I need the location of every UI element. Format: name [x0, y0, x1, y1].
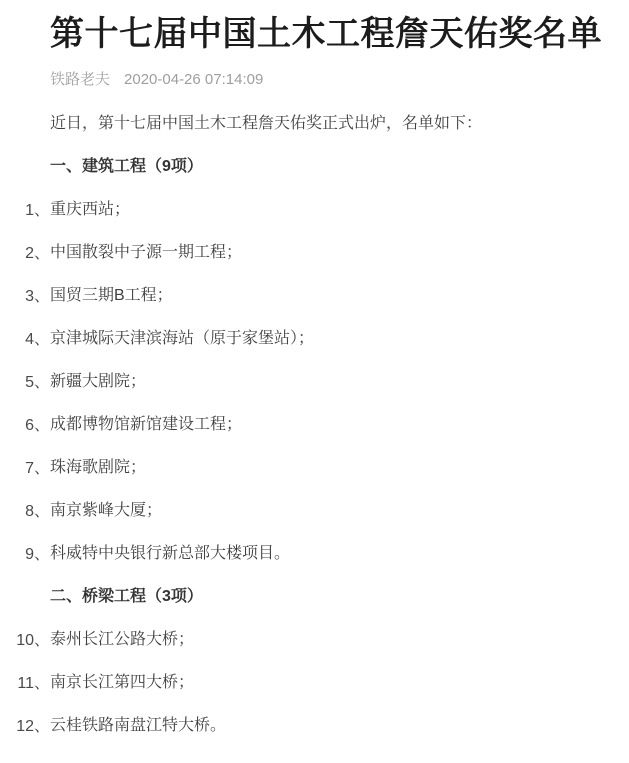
- item-number: 5、: [25, 374, 50, 392]
- item-number: 7、: [25, 460, 50, 478]
- intro-paragraph: 近日，第十七届中国土木工程詹天佑奖正式出炉，名单如下：: [50, 115, 603, 133]
- author-name: 铁路老夫: [50, 71, 110, 88]
- item-text: 泰州长江公路大桥；: [50, 631, 194, 648]
- item-number: 2、: [25, 245, 50, 263]
- list-item: 12、 云桂铁路南盘江特大桥。: [50, 717, 603, 735]
- item-number: 1、: [25, 202, 50, 220]
- list-item: 8、 南京紫峰大厦；: [50, 502, 603, 520]
- publish-timestamp: 2020-04-26 07:14:09: [124, 71, 263, 88]
- building-projects-list: 1、 重庆西站； 2、 中国散裂中子源一期工程； 3、 国贸三期B工程； 4、 …: [50, 201, 603, 563]
- item-number: 4、: [25, 331, 50, 349]
- list-item: 3、 国贸三期B工程；: [50, 287, 603, 305]
- item-text: 南京长江第四大桥；: [50, 674, 194, 691]
- bridge-projects-list: 10、 泰州长江公路大桥； 11、 南京长江第四大桥； 12、 云桂铁路南盘江特…: [50, 631, 603, 735]
- item-number: 11、: [17, 675, 50, 693]
- list-item: 9、 科威特中央银行新总部大楼项目。: [50, 545, 603, 563]
- item-number: 3、: [25, 288, 50, 306]
- item-text: 珠海歌剧院；: [50, 459, 146, 476]
- item-text: 国贸三期B工程；: [50, 287, 173, 304]
- item-number: 12、: [16, 718, 50, 736]
- item-number: 10、: [16, 632, 50, 650]
- list-item: 2、 中国散裂中子源一期工程；: [50, 244, 603, 262]
- item-text: 新疆大剧院；: [50, 373, 146, 390]
- list-item: 11、 南京长江第四大桥；: [50, 674, 603, 692]
- item-text: 重庆西站；: [50, 201, 130, 218]
- article-page: 第十七届中国土木工程詹天佑奖名单 铁路老夫2020-04-26 07:14:09…: [0, 0, 629, 735]
- list-item: 10、 泰州长江公路大桥；: [50, 631, 603, 649]
- section-heading-building-projects: 一、建筑工程（9项）: [50, 158, 603, 176]
- article-title: 第十七届中国土木工程詹天佑奖名单: [50, 12, 603, 56]
- item-text: 南京紫峰大厦；: [50, 502, 162, 519]
- item-number: 9、: [25, 546, 50, 564]
- item-text: 云桂铁路南盘江特大桥。: [50, 717, 226, 734]
- list-item: 4、 京津城际天津滨海站（原于家堡站）；: [50, 330, 603, 348]
- item-text: 成都博物馆新馆建设工程；: [50, 416, 242, 433]
- article-meta: 铁路老夫2020-04-26 07:14:09: [50, 71, 603, 89]
- list-item: 6、 成都博物馆新馆建设工程；: [50, 416, 603, 434]
- section-heading-bridge-projects: 二、桥梁工程（3项）: [50, 588, 603, 606]
- item-text: 京津城际天津滨海站（原于家堡站）；: [50, 330, 314, 347]
- item-number: 6、: [25, 417, 50, 435]
- list-item: 7、 珠海歌剧院；: [50, 459, 603, 477]
- item-text: 科威特中央银行新总部大楼项目。: [50, 545, 290, 562]
- item-text: 中国散裂中子源一期工程；: [50, 244, 242, 261]
- item-number: 8、: [25, 503, 50, 521]
- list-item: 1、 重庆西站；: [50, 201, 603, 219]
- list-item: 5、 新疆大剧院；: [50, 373, 603, 391]
